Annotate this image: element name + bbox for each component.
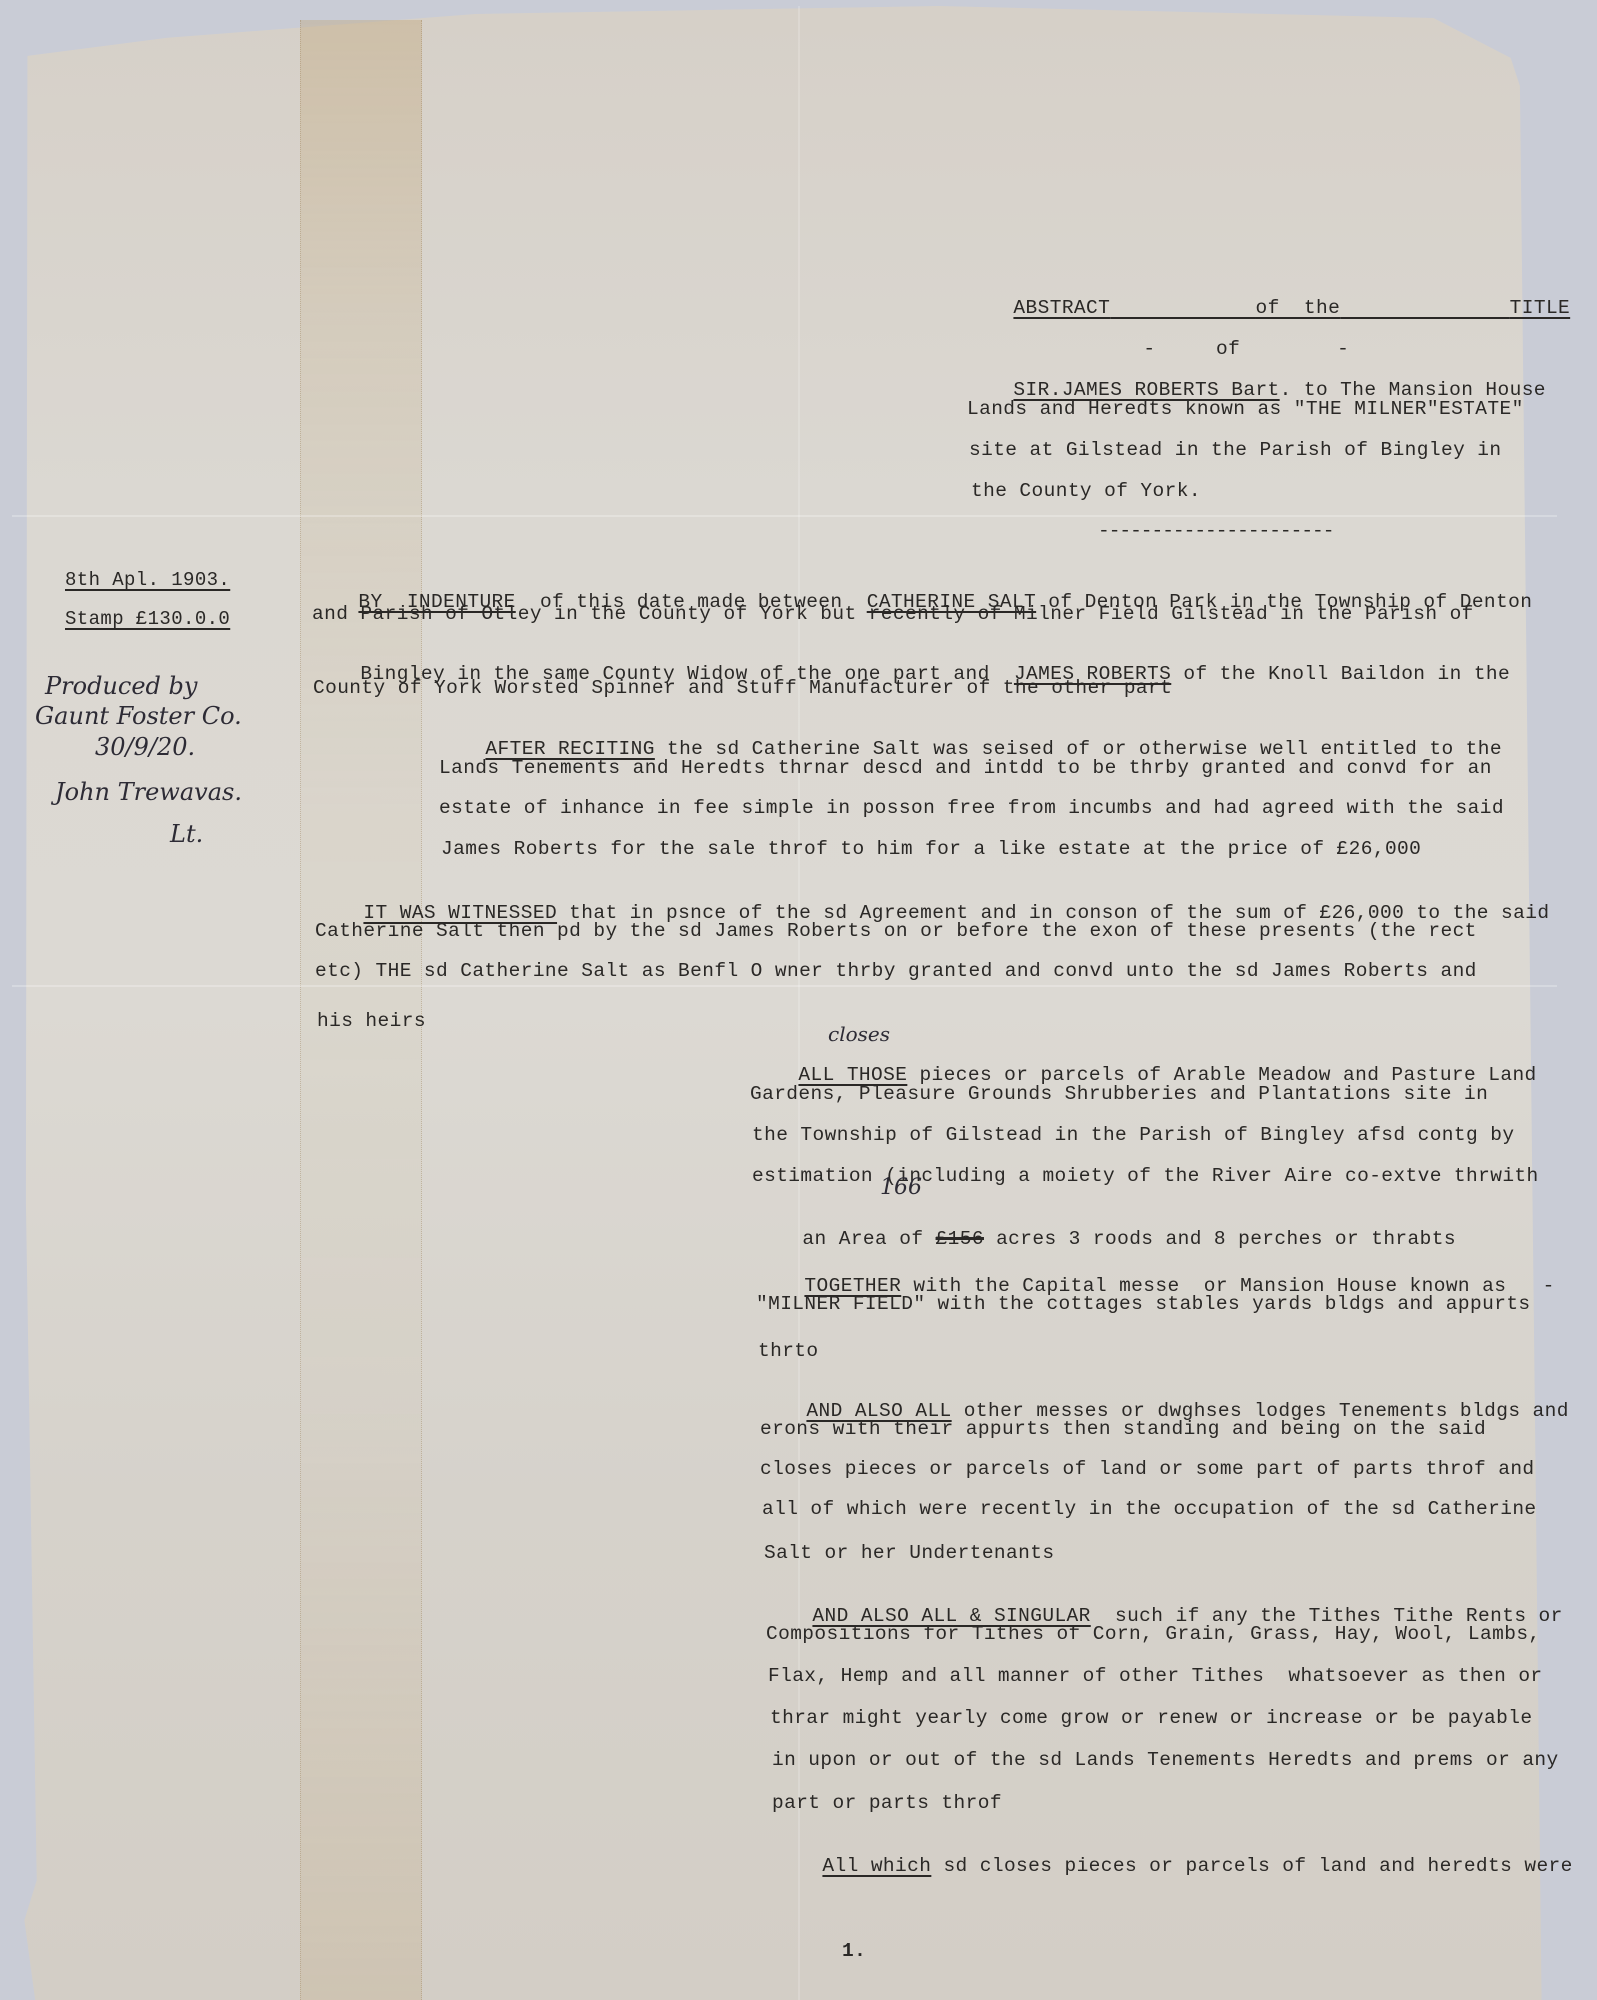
margin-stamp: Stamp £130.0.0 (65, 608, 230, 630)
title-rule: ---------------------- (1098, 520, 1333, 542)
together-line-2: "MILNER FIELD" with the cottages stables… (756, 1293, 1531, 1315)
indenture-line-4: County of York Worsted Spinner and Stuff… (313, 677, 1172, 699)
handwritten-note-1: Produced by (45, 672, 197, 700)
also-all-line-5: Salt or her Undertenants (764, 1542, 1054, 1564)
all-those-line-3: the Township of Gilstead in the Parish o… (752, 1124, 1514, 1146)
title-line-4: Lands and Heredts known as "THE MILNER"E… (967, 398, 1524, 420)
also-all-line-3: closes pieces or parcels of land or some… (760, 1458, 1535, 1480)
reciting-line-4: James Roberts for the sale throf to him … (441, 838, 1421, 860)
handwritten-correction-166: 166 (880, 1175, 922, 1200)
title-line-6: the County of York. (971, 480, 1201, 502)
reciting-line-2: Lands Tenements and Heredts thrnar descd… (439, 757, 1492, 779)
title-line-5: site at Gilstead in the Parish of Bingle… (969, 439, 1501, 461)
fold-line (798, 6, 800, 2000)
margin-date: 8th Apl. 1903. (65, 569, 230, 591)
singular-line-2: Compositions for Tithes of Corn, Grain, … (766, 1623, 1541, 1645)
singular-line-4: thrar might yearly come grow or renew or… (770, 1707, 1532, 1729)
singular-line-5: in upon or out of the sd Lands Tenements… (772, 1749, 1559, 1771)
also-all-line-4: all of which were recently in the occupa… (762, 1498, 1537, 1520)
handwritten-signature: John Trewavas. (55, 778, 242, 806)
reciting-line-3: estate of inhance in fee simple in posso… (439, 797, 1504, 819)
all-those-line-2: Gardens, Pleasure Grounds Shrubberies an… (750, 1083, 1488, 1105)
singular-line-6: part or parts throf (772, 1792, 1002, 1814)
all-which-line-1: All which sd closes pieces or parcels of… (774, 1833, 1573, 1899)
handwritten-note-2: Gaunt Foster Co. (35, 702, 242, 730)
handwritten-rank: Lt. (170, 820, 203, 848)
also-all-line-2: erons with their appurts then standing a… (760, 1418, 1486, 1440)
fold-line (12, 515, 1557, 517)
all-those-line-4: estimation (including a moiety of the Ri… (752, 1165, 1539, 1187)
indenture-line-1: BY INDENTURE of this date made between C… (310, 569, 1532, 635)
title-title: TITLE (1510, 297, 1571, 319)
handwritten-note-3: 30/9/20. (95, 733, 195, 761)
witnessed-line-3: etc) THE sd Catherine Salt as Benfl O wn… (315, 960, 1477, 982)
witnessed-line-2: Catherine Salt then pd by the sd James R… (315, 920, 1477, 942)
witnessed-line-4: his heirs (317, 1010, 426, 1032)
fold-line (12, 985, 1557, 987)
page-number: 1. (842, 1940, 866, 1962)
singular-line-3: Flax, Hemp and all manner of other Tithe… (768, 1665, 1543, 1687)
indenture-line-2: and Parish of Otley in the County of Yor… (312, 603, 1474, 625)
together-line-3: thrto (758, 1340, 819, 1362)
struck-value: £156 (936, 1228, 984, 1250)
